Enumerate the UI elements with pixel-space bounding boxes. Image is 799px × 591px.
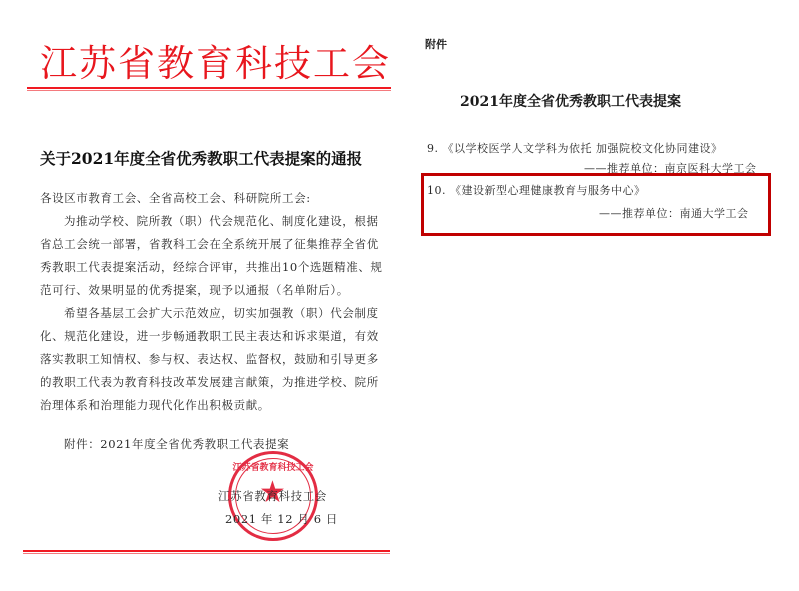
issue-date: 2021 年 12 月 6 日 [225,511,338,527]
annex-title: 2021年度全省优秀教职工代表提案 [460,91,681,111]
masthead-divider [27,87,391,89]
proposal-item-10-recommender: ——推荐单位：南通大学工会 [599,205,749,221]
paragraph-line: 落实教职工知情权、参与权、表达权、监督权，鼓励和引导更多 [40,348,379,371]
attachment-note: 附件：2021年度全省优秀教职工代表提案 [64,433,289,456]
item-number: 9. [427,142,439,155]
signature: 江苏省教育科技工会 [218,488,327,504]
proposal-item-9-name: 9. 《以学校医学人文学科为依托 加强院校文化协同建设》 [427,140,723,156]
masthead-title: 江苏省教育科技工会 [40,42,400,86]
document-title: 关于2021年度全省优秀教职工代表提案的通报 [40,147,390,169]
annex-label: 附件 [425,36,447,52]
paragraph-line: 范可行、效果明显的优秀提案，现予以通报（名单附后）。 [40,279,349,302]
item-title: 《以学校医学人文学科为依托 加强院校文化协同建设》 [443,142,723,155]
seal-text: 江苏省教育科技工会 [231,460,315,473]
paragraph-line: 为推动学校、院所教（职）代会规范化、制度化建设，根据 [64,210,379,233]
paragraph-line: 秀教职工代表提案活动，经综合评审，共推出10个选题精准、规 [40,256,383,279]
paragraph-line: 治理体系和治理能力现代化作出积极贡献。 [40,394,270,417]
paragraph-line: 化、规范化建设，进一步畅通教职工民主表达和诉求渠道，有效 [40,325,379,348]
masthead-divider-thin [27,90,391,91]
item-number: 10. [427,184,446,197]
proposal-item-10-name: 10. 《建设新型心理健康教育与服务中心》 [427,182,646,198]
salutation: 各设区市教育工会、全省高校工会、科研院所工会: [40,187,311,210]
item-title: 《建设新型心理健康教育与服务中心》 [450,184,646,197]
paragraph-line: 希望各基层工会扩大示范效应，切实加强教（职）代会制度 [64,302,379,325]
paragraph-line: 的教职工代表为教育科技改革发展建言献策，为推进学校、院所 [40,371,379,394]
footer-divider [23,550,390,552]
footer-divider-thin [23,553,390,554]
paragraph-line: 省总工会统一部署，省教科工会在全系统开展了征集推荐全省优 [40,233,379,256]
